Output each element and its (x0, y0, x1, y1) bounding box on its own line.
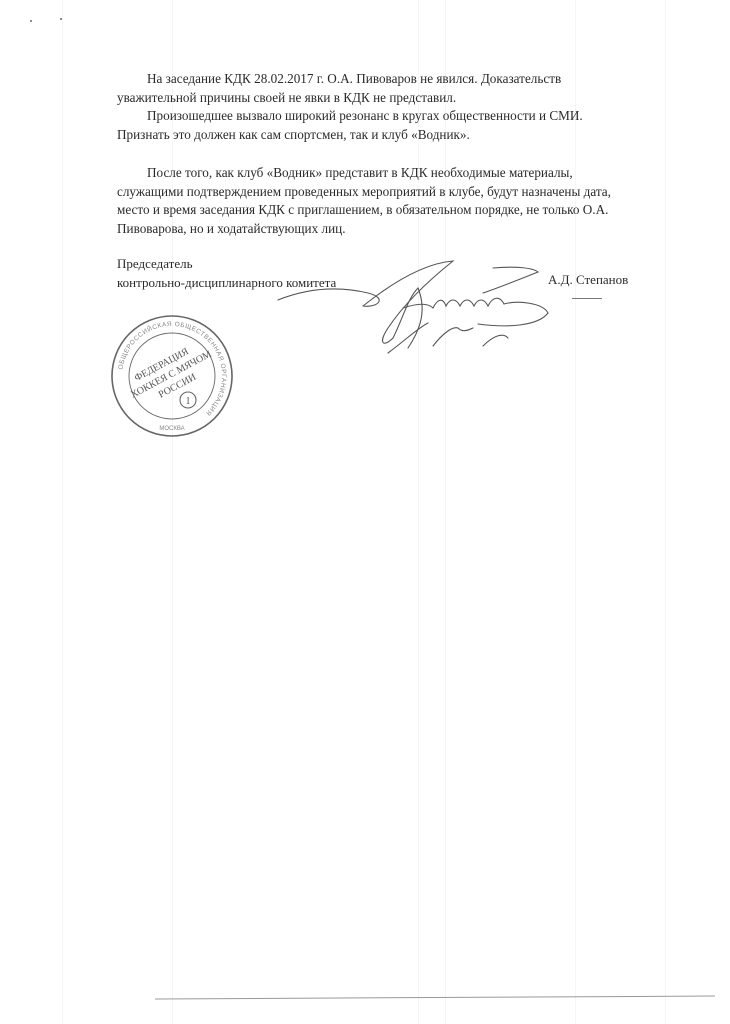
scan-artifact (445, 0, 446, 1024)
text-line: Признать это должен как сам спортсмен, т… (117, 126, 647, 145)
paragraph-next-steps: После того, как клуб «Водник» представит… (117, 164, 647, 238)
handwritten-signature (268, 258, 588, 368)
page-bottom-rule (155, 996, 715, 1000)
scan-artifact (665, 0, 666, 1024)
seal-number: 1 (186, 396, 191, 407)
text-line: На заседание КДК 28.02.2017 г. О.А. Пиво… (117, 70, 647, 89)
text-line: уважительной причины своей не явки в КДК… (117, 89, 647, 108)
paragraph-absence: На заседание КДК 28.02.2017 г. О.А. Пиво… (117, 70, 647, 107)
text-line: Пивоварова, но и ходатайствующих лиц. (117, 220, 647, 239)
text-line: Произошедшее вызвало широкий резонанс в … (117, 107, 647, 126)
scan-speck (60, 18, 62, 20)
text-line: После того, как клуб «Водник» представит… (117, 164, 647, 183)
paragraph-resonance: Произошедшее вызвало широкий резонанс в … (117, 107, 647, 144)
text-line: место и время заседания КДК с приглашени… (117, 201, 647, 220)
scan-artifact (575, 0, 576, 1024)
scan-artifact (62, 0, 63, 1024)
official-seal: ОБЩЕРОССИЙСКАЯ ОБЩЕСТВЕННАЯ ОРГАНИЗАЦИЯ … (108, 312, 236, 440)
text-line: служащими подтверждением проведенных мер… (117, 183, 647, 202)
scan-artifact (172, 0, 173, 1024)
seal-city: МОСКВА (159, 426, 184, 432)
scan-speck (30, 20, 32, 22)
scan-artifact (418, 0, 419, 1024)
